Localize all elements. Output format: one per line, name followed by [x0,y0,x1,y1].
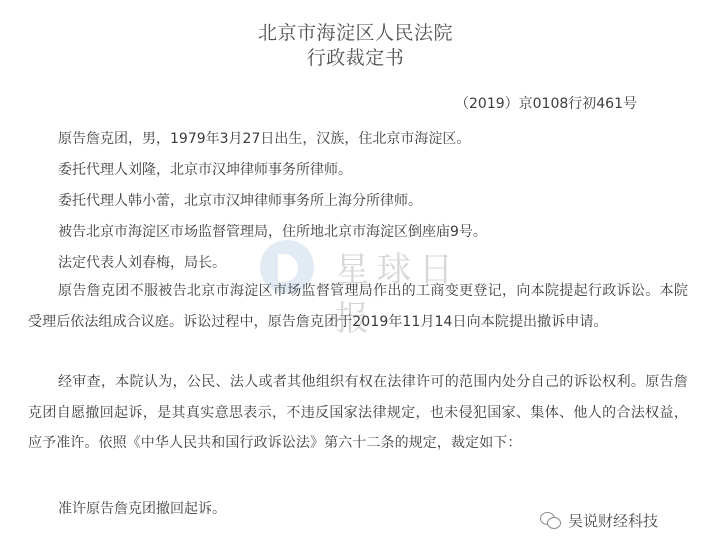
party-legal-rep: 法定代表人刘春梅，局长。 [58,252,226,272]
account-name: 吴说财经科技 [568,510,658,531]
party-agent-1: 委托代理人刘隆，北京市汉坤律师事务所律师。 [58,159,352,179]
party-agent-2: 委托代理人韩小蕾，北京市汉坤律师事务所上海分所律师。 [58,190,422,210]
ruling: 准许原告詹克团撤回起诉。 [58,498,226,518]
paragraph-reasoning: 经审查，本院认为，公民、法人或者其他组织有权在法律许可的范围内处分自己的诉讼权利… [28,367,688,459]
case-number: （2019）京0108行初461号 [455,93,637,113]
wechat-icon [540,512,562,530]
court-name: 北京市海淀区人民法院 [0,18,711,45]
party-plaintiff: 原告詹克团，男，1979年3月27日出生，汉族，住北京市海淀区。 [58,128,470,148]
footer-account: 吴说财经科技 [540,510,658,531]
document-type: 行政裁定书 [0,43,711,70]
paragraph-case-background: 原告詹克团不服被告北京市海淀区市场监督管理局作出的工商变更登记，向本院提起行政诉… [28,276,688,337]
